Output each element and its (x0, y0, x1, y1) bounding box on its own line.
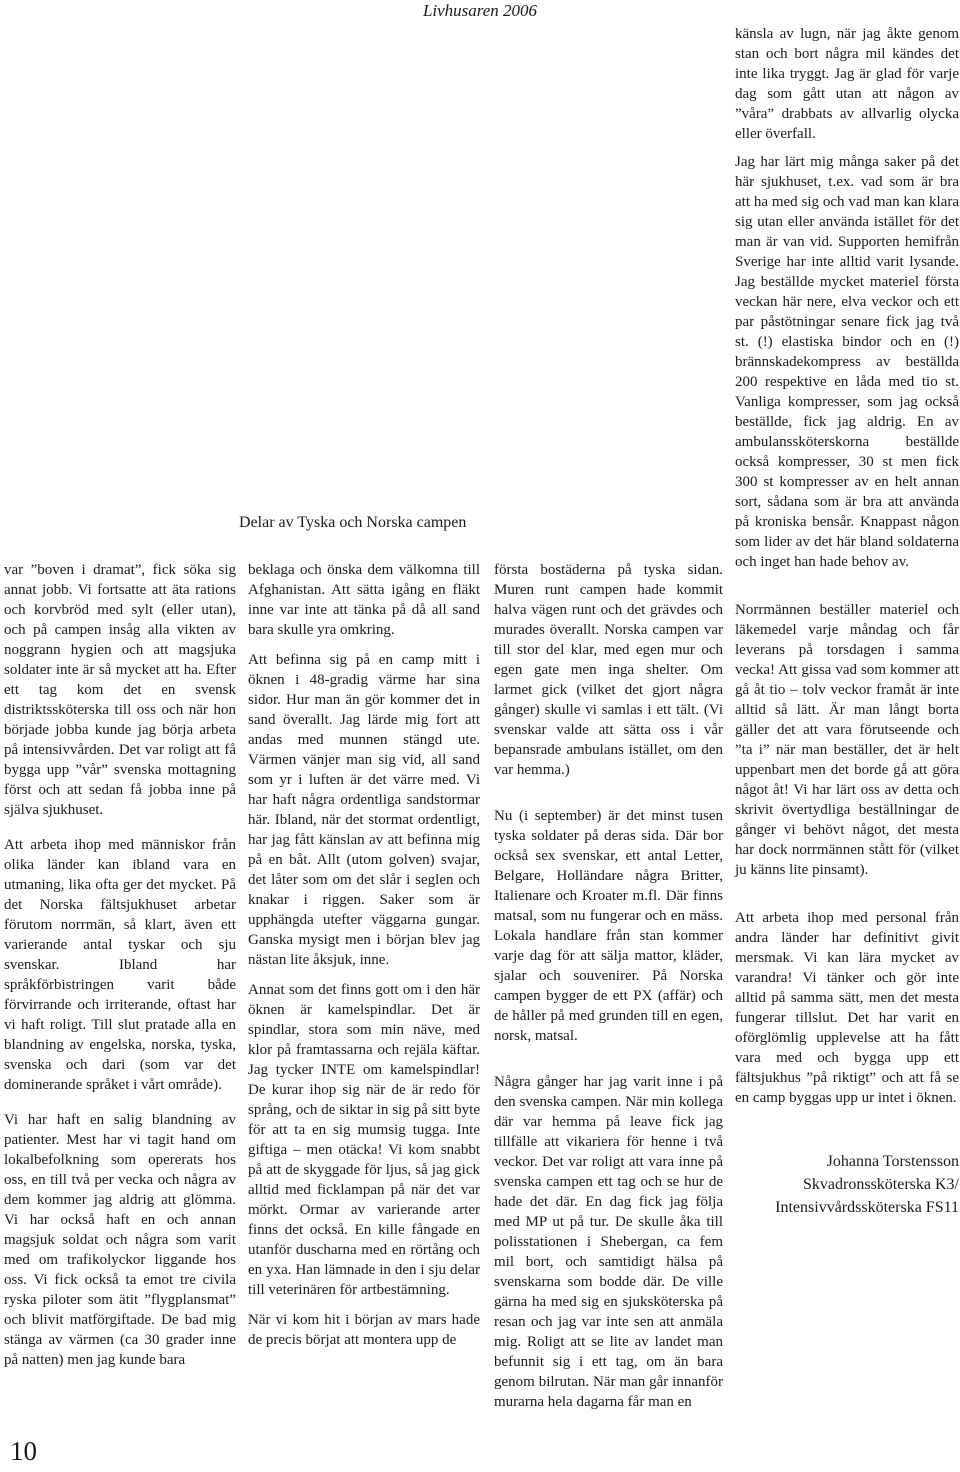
page-title: Livhusaren 2006 (0, 0, 960, 22)
text-column-3: första bostäderna på tyska sidan. Muren … (494, 560, 723, 1438)
signature-name: Johanna Torstensson (735, 1150, 959, 1173)
signature-role-line-2: Intensivvårdssköterska FS11 (735, 1196, 959, 1219)
paragraph: När vi kom hit i början av mars hade de … (248, 1310, 480, 1350)
photo-caption: Delar av Tyska och Norska campen (239, 512, 479, 534)
text-column-2: beklaga och önska dem välkomna till Afgh… (248, 560, 480, 1360)
paragraph: Norrmännen beställer materiel och läkeme… (735, 600, 959, 880)
page-number: 10 (10, 1436, 37, 1466)
paragraph: beklaga och önska dem välkomna till Afgh… (248, 560, 480, 640)
text-column-4: känsla av lugn, när jag åkte genom stan … (735, 24, 959, 1219)
signature-role-line-1: Skvadronssköterska K3/ (735, 1173, 959, 1196)
paragraph: var ”boven i dramat”, fick söka sig anna… (4, 560, 236, 820)
paragraph: första bostäderna på tyska sidan. Muren … (494, 560, 723, 780)
text-column-1: var ”boven i dramat”, fick söka sig anna… (4, 560, 236, 1385)
paragraph: Nu (i september) är det minst tusen tysk… (494, 806, 723, 1046)
paragraph: Att arbeta ihop med människor från olika… (4, 835, 236, 1095)
magazine-page: Livhusaren 2006 Delar av Tyska och Norsk… (0, 0, 960, 1472)
paragraph: känsla av lugn, när jag åkte genom stan … (735, 24, 959, 144)
paragraph: Några gånger har jag varit inne i på den… (494, 1072, 723, 1412)
paragraph: Att befinna sig på en camp mitt i öknen … (248, 650, 480, 970)
paragraph: Att arbeta ihop med personal från andra … (735, 908, 959, 1108)
paragraph: Annat som det finns gott om i den här ök… (248, 980, 480, 1300)
paragraph: Jag har lärt mig många saker på det här … (735, 152, 959, 572)
paragraph: Vi har haft en salig blandning av patien… (4, 1110, 236, 1370)
author-signature: Johanna Torstensson Skvadronssköterska K… (735, 1150, 959, 1219)
